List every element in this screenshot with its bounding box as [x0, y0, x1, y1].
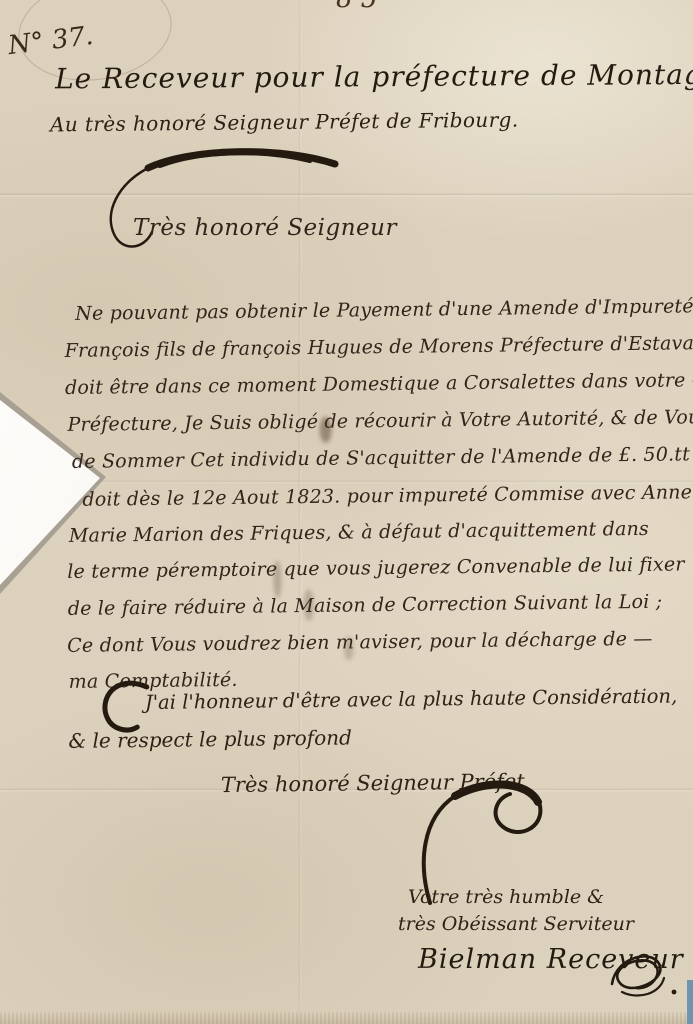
- valediction-line-1: Votre très humble &: [408, 886, 604, 908]
- body-line: Marie Marion des Friques, & à défaut d'a…: [69, 518, 649, 547]
- body-line: de Sommer Cet individu de S'acquitter de…: [72, 443, 693, 473]
- body-line: François fils de françois Hugues de More…: [64, 331, 693, 362]
- closing-line-2: & le respect le plus profond: [68, 725, 352, 752]
- ink-smudge: [304, 589, 314, 621]
- body-line: Ne pouvant pas obtenir le Payement d'une…: [75, 294, 693, 325]
- ink-smudge: [344, 636, 353, 660]
- body-line: de le faire réduire à la Maison de Corre…: [68, 591, 663, 620]
- scanned-letter-page: N° 37. 8 5 Le Receveur pour la préfectur…: [0, 0, 693, 1024]
- body-line: le terme péremptoire que vous jugerez Co…: [67, 553, 685, 583]
- letter-body: Ne pouvant pas obtenir le Payement d'une…: [0, 0, 693, 1024]
- body-line: Préfecture, Je Suis obligé de récourir à…: [67, 405, 693, 436]
- body-line: Ce dont Vous voudrez bien m'aviser, pour…: [67, 628, 653, 657]
- signature-name: Bielman Receveur: [418, 944, 684, 975]
- closing-address: Très honoré Seigneur Préfet: [221, 769, 525, 797]
- ink-smudge: [319, 417, 331, 443]
- valediction-line-2: très Obéissant Serviteur: [398, 913, 634, 935]
- body-line: doit dès le 12e Aout 1823. pour impureté…: [82, 481, 693, 511]
- body-line: doit être dans ce moment Domestique a Co…: [65, 369, 693, 399]
